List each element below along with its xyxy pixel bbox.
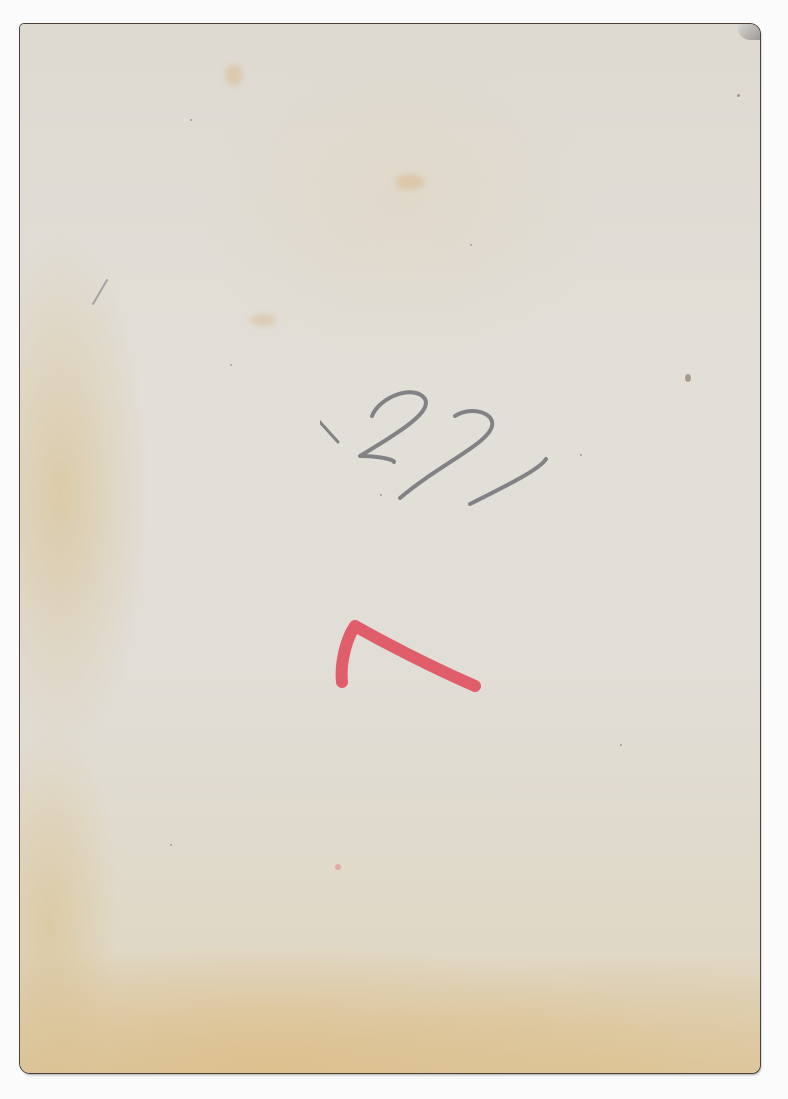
speck bbox=[190, 119, 192, 121]
speck bbox=[470, 244, 472, 246]
speck bbox=[620, 744, 622, 746]
speck bbox=[335, 864, 341, 870]
corner-chip bbox=[738, 24, 760, 40]
red-crayon-number-7 bbox=[320, 594, 520, 734]
speck bbox=[737, 94, 740, 97]
speck bbox=[685, 374, 691, 382]
pencil-tick-mark bbox=[85, 274, 115, 314]
speck bbox=[230, 364, 232, 366]
speck bbox=[580, 454, 582, 456]
stain-spot bbox=[250, 314, 276, 326]
pencil-number-221 bbox=[320, 364, 580, 524]
speck bbox=[170, 844, 172, 846]
stain-spot bbox=[395, 174, 425, 190]
stain-spot bbox=[225, 64, 243, 86]
card-back: 221 7 bbox=[20, 24, 760, 1073]
